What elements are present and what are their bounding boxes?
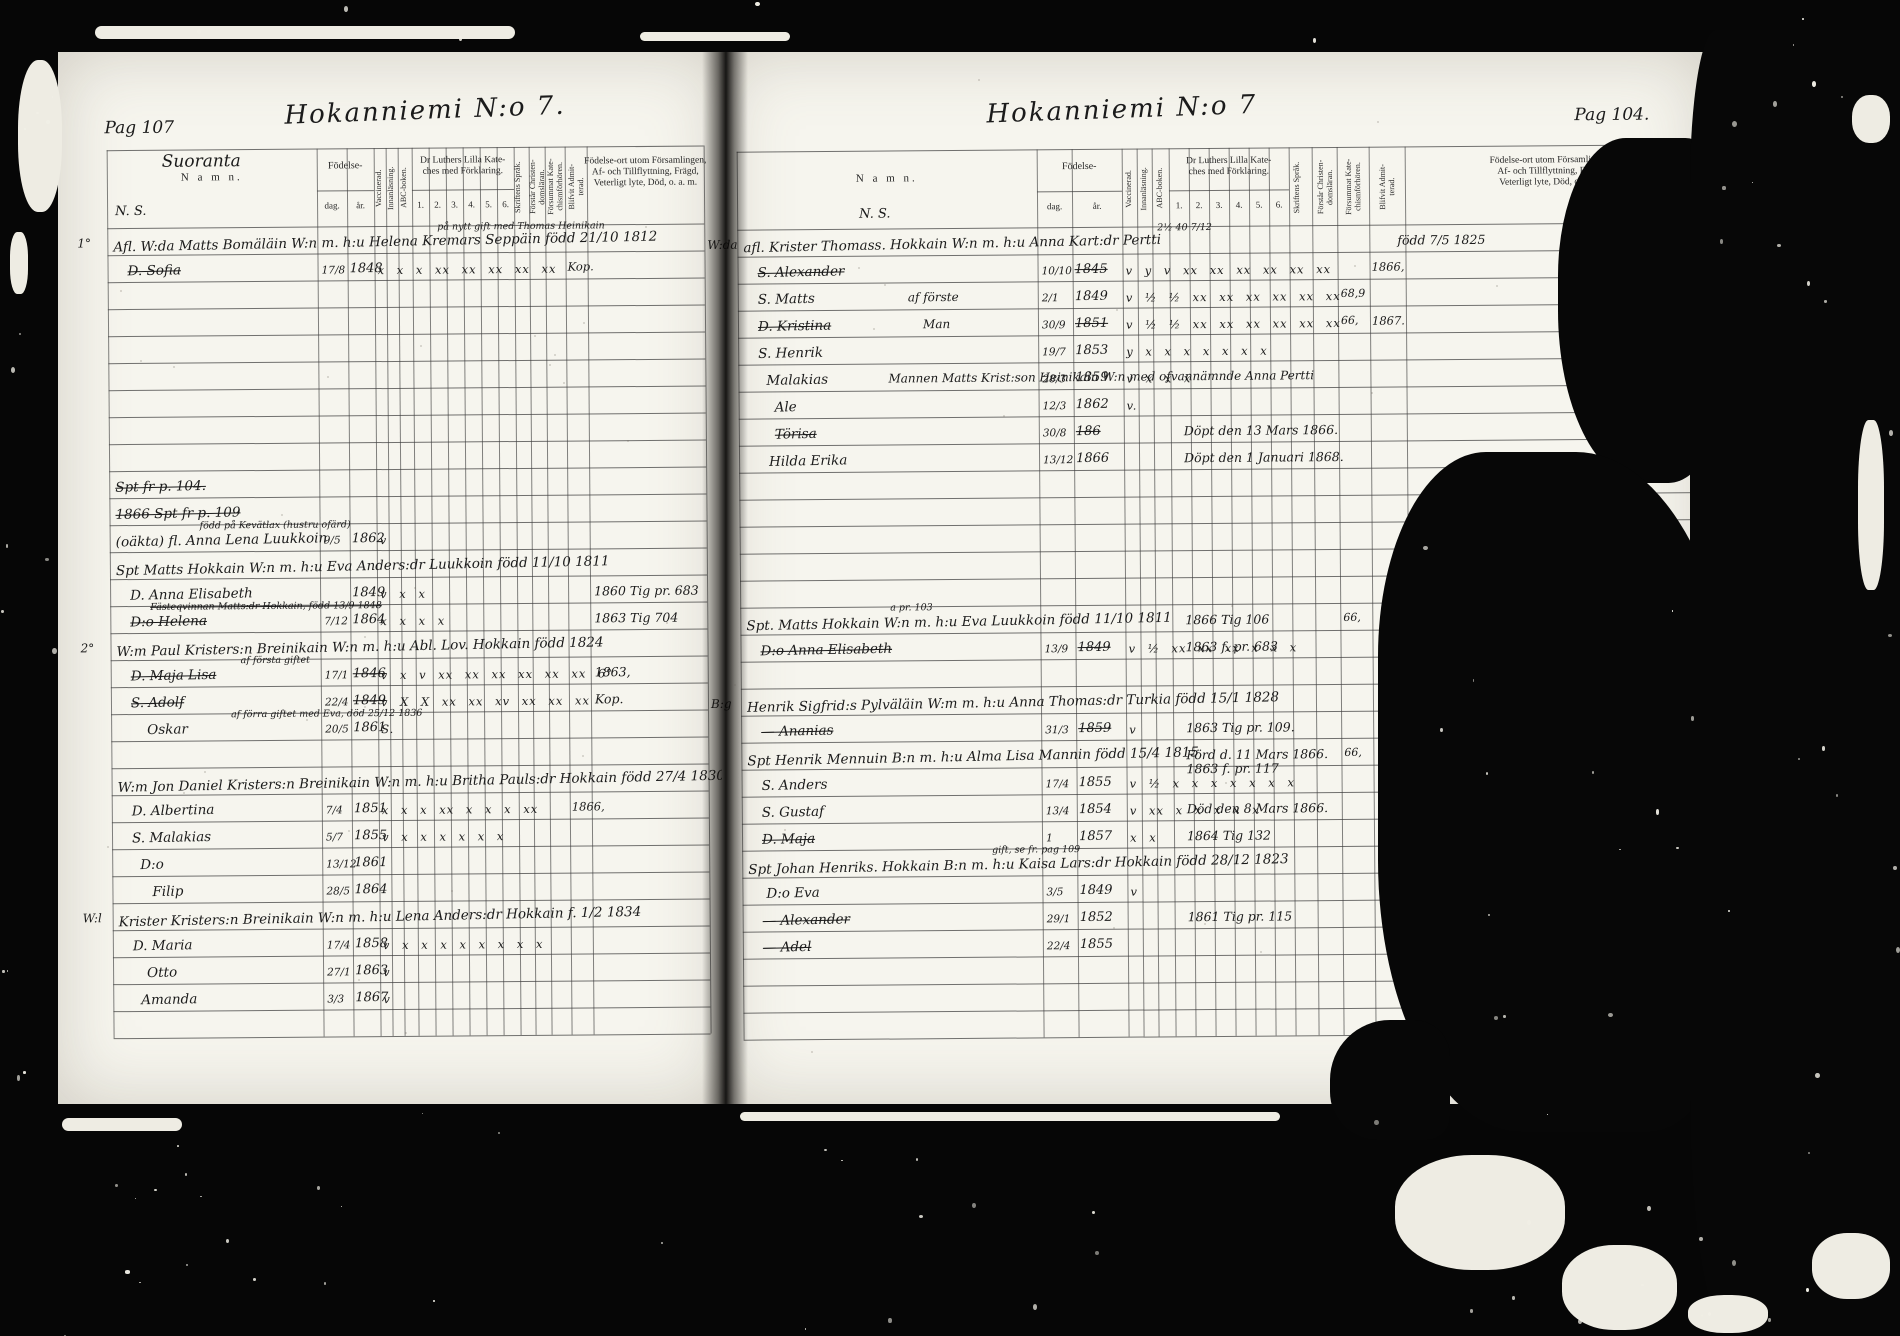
scan-white-patch bbox=[1562, 1245, 1677, 1330]
row-rule bbox=[111, 764, 708, 770]
entry-birth-year: 1854 bbox=[1079, 802, 1112, 817]
entry-birth-day: 28/3 bbox=[1042, 373, 1066, 385]
entry-birth-year: 1851 bbox=[1075, 316, 1108, 331]
column-rule bbox=[1249, 148, 1257, 1036]
scan-speck bbox=[324, 1282, 326, 1284]
entry-birth-day: 13/9 bbox=[1045, 643, 1069, 655]
scan-speck bbox=[1815, 1073, 1820, 1078]
column-rule bbox=[1072, 149, 1080, 1037]
entry-forsummat-note: 66, bbox=[1343, 611, 1361, 624]
fodelse-subrule bbox=[1037, 191, 1122, 193]
entry-marker: W:l bbox=[83, 911, 102, 925]
scan-white-patch bbox=[640, 32, 790, 41]
page-grain bbox=[204, 771, 206, 773]
kateches-number: 4. bbox=[1231, 200, 1247, 210]
entry-exam-marks: v bbox=[383, 965, 391, 979]
row-rule bbox=[109, 386, 706, 392]
hand-corner-note: N. S. bbox=[115, 204, 147, 219]
table-top-rule bbox=[107, 146, 704, 152]
page-grain bbox=[358, 979, 360, 981]
column-rule bbox=[480, 147, 488, 1035]
column-header-kateches: Dr Luthers Lilla Kate- ches med Förklari… bbox=[1169, 155, 1289, 178]
entry-birth-year: 186 bbox=[1076, 424, 1101, 439]
scan-speck bbox=[1807, 281, 1810, 286]
entry-birth-year: 1862 bbox=[1076, 397, 1109, 412]
column-rule bbox=[446, 148, 454, 1036]
page-grain bbox=[140, 360, 142, 362]
scan-speck bbox=[253, 1278, 256, 1281]
header-bottom-rule bbox=[107, 224, 704, 230]
entry-birth-day: 7/12 bbox=[324, 615, 348, 627]
entry-name: D:o Anna Elisabeth bbox=[760, 641, 892, 660]
page-number: Pag 104. bbox=[1574, 105, 1649, 126]
scan-speck bbox=[1488, 914, 1490, 915]
fodelse-subrule bbox=[317, 190, 374, 191]
scan-white-patch bbox=[1688, 1295, 1768, 1333]
scan-speck bbox=[916, 1158, 918, 1161]
entry-birth-day: 3/3 bbox=[327, 993, 344, 1005]
entry-name: D. Maria bbox=[133, 937, 193, 954]
entry-margin-note: 1863, bbox=[595, 664, 631, 679]
entry-birth-year: 1861 bbox=[354, 855, 387, 870]
entry-birth-year: 1866 bbox=[1076, 451, 1109, 466]
entry-name: D. Albertina bbox=[132, 802, 215, 820]
column-header-vertical: Skriftens Språk. bbox=[512, 150, 522, 224]
scan-speck bbox=[1889, 430, 1893, 436]
scan-speck bbox=[17, 1075, 21, 1081]
row-rule bbox=[738, 330, 1698, 339]
row-rule bbox=[113, 979, 710, 985]
hand-corner-note: N. S. bbox=[859, 207, 891, 222]
row-rule bbox=[109, 467, 706, 473]
column-rule bbox=[1189, 148, 1197, 1036]
row-rule bbox=[114, 1033, 711, 1039]
page-grain bbox=[1377, 121, 1379, 123]
row-rule bbox=[113, 1006, 710, 1012]
entry-exam-marks: v x x bbox=[380, 587, 426, 601]
scan-white-patch bbox=[62, 1118, 182, 1131]
row-rule bbox=[113, 952, 710, 958]
entry-name: Spt. Matts Hokkain W:n m. h:u Eva Luukko… bbox=[746, 610, 1172, 635]
entry-birth-day: 29/1 bbox=[1047, 913, 1071, 925]
scan-speck bbox=[1619, 849, 1620, 850]
entry-margin-note: 1863 f. pr. 683 bbox=[1185, 638, 1277, 654]
page-grain bbox=[563, 382, 565, 384]
entry-exam-marks: v X X xx xx xv xx xx xx bbox=[381, 693, 590, 709]
scan-speck bbox=[433, 1300, 435, 1302]
entry-interlinear-note: gift, se fr. pag 109 bbox=[992, 844, 1080, 856]
scan-speck bbox=[1647, 1206, 1650, 1211]
entry-birth-year: 1859 bbox=[1078, 721, 1111, 736]
entry-name: — Alexander bbox=[763, 911, 851, 929]
scan-speck bbox=[1836, 794, 1838, 797]
entry-margin-note: 1863 Tig pr. 109. bbox=[1186, 719, 1295, 735]
entry-marker: 2° bbox=[80, 641, 94, 655]
entry-name: D. Maja bbox=[762, 831, 815, 848]
entry-birth-day: 28/5 bbox=[326, 885, 350, 897]
column-rule bbox=[429, 148, 437, 1036]
scan-speck bbox=[841, 1160, 843, 1161]
kateches-number: 3. bbox=[447, 199, 463, 209]
book-fold-shadow bbox=[702, 52, 748, 1104]
column-rule bbox=[1122, 149, 1130, 1037]
entry-name: D:o bbox=[140, 857, 164, 873]
row-rule bbox=[109, 440, 706, 446]
scan-speck bbox=[135, 1198, 137, 1200]
page-number: Pag 107 bbox=[104, 118, 174, 139]
page-grain bbox=[583, 322, 585, 324]
entry-exam-marks: v x x x x x x bbox=[382, 829, 504, 844]
kateches-number: 1. bbox=[1171, 200, 1187, 210]
entry-birth-year: 1855 bbox=[1080, 937, 1113, 952]
entry-exam-marks: S. bbox=[381, 722, 394, 736]
row-rule bbox=[738, 303, 1698, 312]
table-top-rule bbox=[737, 144, 1697, 153]
entry-inline-note: Man bbox=[923, 317, 950, 331]
entry-birth-day: 19/7 bbox=[1042, 346, 1066, 358]
scan-speck bbox=[972, 1203, 977, 1208]
scan-speck bbox=[154, 1189, 157, 1191]
entry-birth-year: 1849 bbox=[1077, 640, 1110, 655]
row-rule bbox=[739, 411, 1699, 420]
scan-speck bbox=[1728, 910, 1730, 912]
page-grain bbox=[666, 622, 668, 624]
entry-name: D. Maja Lisa bbox=[131, 667, 217, 685]
scan-speck bbox=[6, 544, 8, 547]
page-grain bbox=[858, 267, 860, 269]
entry-birth-day: 9/5 bbox=[324, 534, 341, 546]
column-header-vertical: Vaccinerad. bbox=[1123, 153, 1133, 225]
entry-exam-marks: v. bbox=[1127, 399, 1138, 413]
column-rule bbox=[1137, 149, 1145, 1037]
row-rule bbox=[738, 357, 1698, 366]
entry-margin-note: Döpt den 1 Januari 1868. bbox=[1184, 449, 1344, 465]
entry-birth-day: 17/4 bbox=[327, 939, 351, 951]
entry-name: afl. Krister Thomass. Hokkain W:n m. h:u… bbox=[743, 232, 1161, 256]
column-rule bbox=[1209, 148, 1217, 1036]
entry-marker: 1° bbox=[77, 236, 91, 250]
scan-white-patch bbox=[95, 26, 515, 39]
entry-forsummat-note: 66, bbox=[1344, 746, 1362, 759]
column-header-fodelse: Födelse- bbox=[1019, 161, 1139, 173]
entry-margin-note: född 7/5 1825 bbox=[1397, 232, 1485, 248]
column-header-vertical: Förstår Christen- domsläran. bbox=[1315, 150, 1334, 224]
column-rule bbox=[317, 149, 325, 1037]
scan-white-patch bbox=[740, 1112, 1280, 1121]
scan-speck bbox=[824, 1149, 827, 1151]
entry-birth-year: 1849 bbox=[1075, 289, 1108, 304]
kateches-number: 2. bbox=[430, 200, 446, 210]
scan-speck bbox=[1092, 1211, 1095, 1215]
kateches-number: 3. bbox=[1211, 200, 1227, 210]
entry-birth-day: 12/3 bbox=[1043, 400, 1067, 412]
scan-speck bbox=[1473, 679, 1475, 681]
entry-interlinear-note: på nytt gift med Thomas Heinikain bbox=[437, 220, 605, 232]
column-header-namn: N a m n. bbox=[827, 172, 947, 186]
entry-exam-marks: v bbox=[1129, 723, 1137, 737]
entry-name: S. Malakias bbox=[132, 829, 211, 847]
entry-birth-day: 1 bbox=[1046, 832, 1053, 844]
page-title-handwritten: Hokanniemi N:o 7. bbox=[284, 91, 566, 131]
entry-inline-note: af förste bbox=[908, 290, 959, 304]
entry-birth-day: 7/4 bbox=[326, 804, 343, 816]
scan-speck bbox=[317, 1186, 320, 1190]
kateches-number: 5. bbox=[481, 199, 497, 209]
entry-name: Ale bbox=[774, 399, 796, 415]
entry-admitted-note: Kop. bbox=[568, 259, 594, 273]
row-rule bbox=[109, 413, 706, 419]
entry-name: S. Adolf bbox=[131, 694, 184, 711]
entry-exam-marks: x x bbox=[1130, 830, 1157, 844]
entry-name: Oskar bbox=[147, 721, 188, 738]
entry-admitted-note: 1866, bbox=[572, 799, 605, 813]
entry-margin-note: 1860 Tig pr. 683 bbox=[594, 583, 699, 599]
entry-interlinear-note: af första giftet bbox=[241, 655, 310, 667]
entry-birth-day: 2/1 bbox=[1042, 292, 1059, 304]
entry-exam-marks: x x x xx x x x xx bbox=[382, 802, 539, 817]
scan-speck bbox=[200, 1196, 201, 1198]
scan-speck bbox=[19, 333, 21, 335]
row-rule bbox=[108, 359, 705, 365]
scan-speck bbox=[459, 36, 463, 41]
entry-birth-year: 1845 bbox=[1075, 262, 1108, 277]
entry-interlinear-note: a pr. 103 bbox=[890, 602, 933, 613]
header-bottom-rule bbox=[737, 222, 1697, 231]
scan-white-patch bbox=[1395, 1155, 1565, 1270]
entry-interlinear-note: af förra giftet med Eva, död 25/12 1836 bbox=[231, 708, 422, 721]
column-rule bbox=[1169, 148, 1177, 1036]
row-rule bbox=[109, 494, 706, 500]
entry-forsummat-note: 66, bbox=[1341, 314, 1359, 327]
scan-black-blob bbox=[1690, 30, 1900, 1330]
scan-speck bbox=[1656, 809, 1660, 815]
kateches-number: 6. bbox=[498, 199, 514, 209]
scan-speck bbox=[1503, 1015, 1505, 1018]
scan-speck bbox=[45, 558, 49, 561]
entry-margin-note: Död den 8 Mars 1866. bbox=[1187, 800, 1328, 816]
scan-speck bbox=[888, 1318, 892, 1323]
scan-white-patch bbox=[18, 60, 62, 212]
column-header-vertical: Blifvit Admit- terad. bbox=[1378, 150, 1397, 224]
entry-exam-marks: v x x x x x x x x bbox=[383, 937, 544, 952]
scan-speck bbox=[1374, 1120, 1379, 1126]
entry-birth-day: 13/12 bbox=[1043, 454, 1073, 466]
entry-name: S. Alexander bbox=[757, 263, 844, 281]
scan-white-patch bbox=[1858, 420, 1884, 590]
entry-birth-day: 22/4 bbox=[1047, 940, 1071, 952]
entry-exam-marks: x x x x bbox=[380, 614, 445, 629]
entry-name: Hilda Erika bbox=[769, 452, 848, 470]
page-grain bbox=[1113, 927, 1115, 929]
entry-name: D. Kristina bbox=[758, 318, 832, 335]
row-rule bbox=[112, 818, 709, 824]
entry-birth-year: 1852 bbox=[1080, 910, 1113, 925]
hand-surname-heading: Suoranta bbox=[162, 151, 241, 172]
entry-name: D:o Eva bbox=[766, 885, 820, 902]
page-grain bbox=[534, 335, 536, 337]
entry-birth-year: 1853 bbox=[1075, 343, 1108, 358]
entry-name: Malakias bbox=[766, 372, 828, 389]
column-rule bbox=[497, 147, 505, 1035]
row-rule bbox=[739, 438, 1699, 447]
kateches-number: 2. bbox=[1191, 200, 1207, 210]
entry-exam-marks: x x x xx xx xx xx xx bbox=[378, 262, 557, 277]
scan-black-blob bbox=[1330, 1020, 1450, 1140]
scanned-register-spread: Pag 107 Hokanniemi N:o 7. N a m n.Födels… bbox=[0, 0, 1900, 1336]
entry-name: (oäkta) fl. Anna Lena Luukkoin bbox=[116, 530, 328, 550]
row-rule bbox=[110, 629, 707, 635]
scan-speck bbox=[1768, 1318, 1771, 1322]
column-rule bbox=[463, 147, 471, 1035]
column-header-vertical: Innanläsning. bbox=[386, 152, 396, 224]
page-grain bbox=[120, 290, 122, 292]
column-header-vertical: Skriftens Språk. bbox=[1291, 150, 1301, 224]
entry-margin-note: 1866 Tig 106 bbox=[1185, 612, 1269, 628]
entry-margin-note: Kop. bbox=[595, 691, 624, 706]
scan-speck bbox=[1708, 1312, 1711, 1316]
entry-name: S. Henrik bbox=[758, 345, 823, 362]
scan-speck bbox=[115, 1184, 118, 1187]
entry-birth-day: 13/12 bbox=[326, 858, 356, 870]
entry-name: D:o Helena bbox=[130, 613, 207, 631]
entry-birth-day: 3/5 bbox=[1046, 886, 1063, 898]
column-rule bbox=[1289, 147, 1297, 1035]
column-header-vertical: Försummat Kate- chismförhören. bbox=[1344, 150, 1363, 224]
scan-speck bbox=[1722, 186, 1725, 190]
scan-speck bbox=[52, 648, 57, 655]
entry-birth-day: 17/4 bbox=[1046, 778, 1070, 790]
page-grain bbox=[645, 226, 647, 228]
page-grain bbox=[811, 1051, 813, 1053]
left-page: Pag 107 Hokanniemi N:o 7. N a m n.Födels… bbox=[58, 52, 722, 1104]
column-rule bbox=[1312, 147, 1320, 1035]
row-rule bbox=[108, 305, 705, 311]
scan-speck bbox=[341, 1206, 342, 1208]
scan-speck bbox=[755, 2, 760, 7]
entry-birth-day: 22/4 bbox=[325, 696, 349, 708]
page-grain bbox=[1003, 415, 1005, 417]
scan-speck bbox=[1824, 300, 1827, 303]
row-rule bbox=[112, 872, 709, 878]
column-rule bbox=[107, 150, 115, 1038]
scan-speck bbox=[422, 1113, 423, 1114]
scan-speck bbox=[1578, 1319, 1582, 1325]
column-header-vertical: Innanläsning. bbox=[1138, 153, 1148, 225]
scan-speck bbox=[1095, 1251, 1099, 1255]
kateches-number: 4. bbox=[464, 199, 480, 209]
scan-speck bbox=[1, 610, 4, 613]
scan-speck bbox=[1313, 38, 1316, 43]
row-rule bbox=[738, 276, 1698, 285]
page-grain bbox=[364, 706, 366, 708]
scan-speck bbox=[186, 1264, 188, 1265]
entry-birth-day: 27/1 bbox=[327, 966, 351, 978]
entry-margin-note: 1861 Tig pr. 115 bbox=[1188, 908, 1293, 924]
entry-birth-year: 1857 bbox=[1079, 829, 1112, 844]
page-grain bbox=[281, 514, 283, 516]
page-grain bbox=[364, 636, 366, 638]
scan-speck bbox=[139, 1282, 141, 1283]
entry-exam-marks: v ½ ½ xx xx xx xx xx xx bbox=[1126, 316, 1341, 332]
column-rule bbox=[1152, 148, 1160, 1036]
entry-margin-note: 1863 f. pr. 117 bbox=[1186, 760, 1278, 776]
entry-name: — Ananias bbox=[761, 723, 834, 740]
entry-exam-marks: v bbox=[383, 992, 391, 1006]
row-rule bbox=[108, 278, 705, 284]
scan-speck bbox=[498, 1132, 500, 1133]
scan-speck bbox=[1592, 771, 1594, 774]
entry-interlinear-note: Fästeqvinnan Matts:dr Hokkain, född 13/9… bbox=[150, 600, 382, 613]
entry-exam-marks: v y v xx xx xx xx xx xx bbox=[1126, 262, 1332, 278]
scan-speck bbox=[661, 1242, 663, 1245]
page-title-handwritten: Hokanniemi N:o 7 bbox=[986, 90, 1258, 130]
entry-name: Filip bbox=[152, 883, 183, 900]
column-rule bbox=[529, 147, 537, 1035]
column-header-namn: N a m n. bbox=[152, 171, 272, 185]
column-header-vertical: ABC-boken. bbox=[1154, 152, 1164, 224]
entry-birth-day: 31/3 bbox=[1045, 724, 1069, 736]
entry-birth-year: 1855 bbox=[1079, 775, 1112, 790]
row-rule bbox=[739, 384, 1699, 393]
entry-name: D. Sofia bbox=[127, 262, 181, 279]
row-rule bbox=[108, 332, 705, 338]
scan-speck bbox=[1841, 96, 1844, 98]
page-grain bbox=[554, 354, 556, 356]
scan-speck bbox=[1512, 1296, 1514, 1300]
entry-name: Spt fr p. 104. bbox=[115, 478, 206, 496]
scan-speck bbox=[2, 970, 4, 973]
entry-interlinear-note: 2½ 40 7/12 bbox=[1157, 222, 1212, 233]
entry-birth-year: 1864 bbox=[354, 882, 387, 897]
entry-exam-marks: y x x x x x x x bbox=[1126, 344, 1268, 359]
column-rule bbox=[1369, 147, 1377, 1035]
scan-speck bbox=[1802, 18, 1804, 20]
scan-speck bbox=[185, 1173, 187, 1176]
page-grain bbox=[414, 587, 416, 589]
entry-birth-year: 1859 bbox=[1075, 370, 1108, 385]
column-rule bbox=[1037, 149, 1045, 1037]
scan-speck bbox=[11, 367, 16, 374]
scan-white-patch bbox=[1852, 95, 1890, 143]
row-rule bbox=[111, 737, 708, 743]
entry-exam-marks: v x x x bbox=[1126, 371, 1191, 386]
page-grain bbox=[1280, 915, 1282, 917]
entry-birth-day: 13/4 bbox=[1046, 805, 1070, 817]
column-rule bbox=[514, 147, 522, 1035]
scan-speck bbox=[46, 120, 49, 124]
entry-admitted-note: 1867. bbox=[1372, 313, 1405, 327]
scan-speck bbox=[1777, 244, 1781, 247]
scan-speck bbox=[344, 6, 349, 12]
column-rule bbox=[1229, 148, 1237, 1036]
entry-admitted-note: 1866, bbox=[1372, 259, 1405, 273]
row-rule bbox=[111, 683, 708, 689]
entry-birth-day: 17/1 bbox=[325, 669, 349, 681]
entry-birth-day: 30/8 bbox=[1043, 427, 1067, 439]
scan-speck bbox=[1470, 1309, 1473, 1313]
column-rule bbox=[545, 147, 553, 1035]
scan-speck bbox=[1676, 847, 1679, 849]
entry-margin-note: 1864 Tig 132 bbox=[1187, 828, 1271, 844]
scan-speck bbox=[805, 1328, 806, 1330]
column-rule bbox=[1269, 148, 1277, 1036]
scan-speck bbox=[177, 1145, 178, 1147]
kateches-number: 5. bbox=[1251, 200, 1267, 210]
column-rule bbox=[565, 147, 573, 1035]
entry-exam-marks: v bbox=[380, 533, 388, 547]
entry-name: S. Matts bbox=[758, 291, 815, 308]
entry-birth-day: 10/10 bbox=[1042, 265, 1072, 277]
